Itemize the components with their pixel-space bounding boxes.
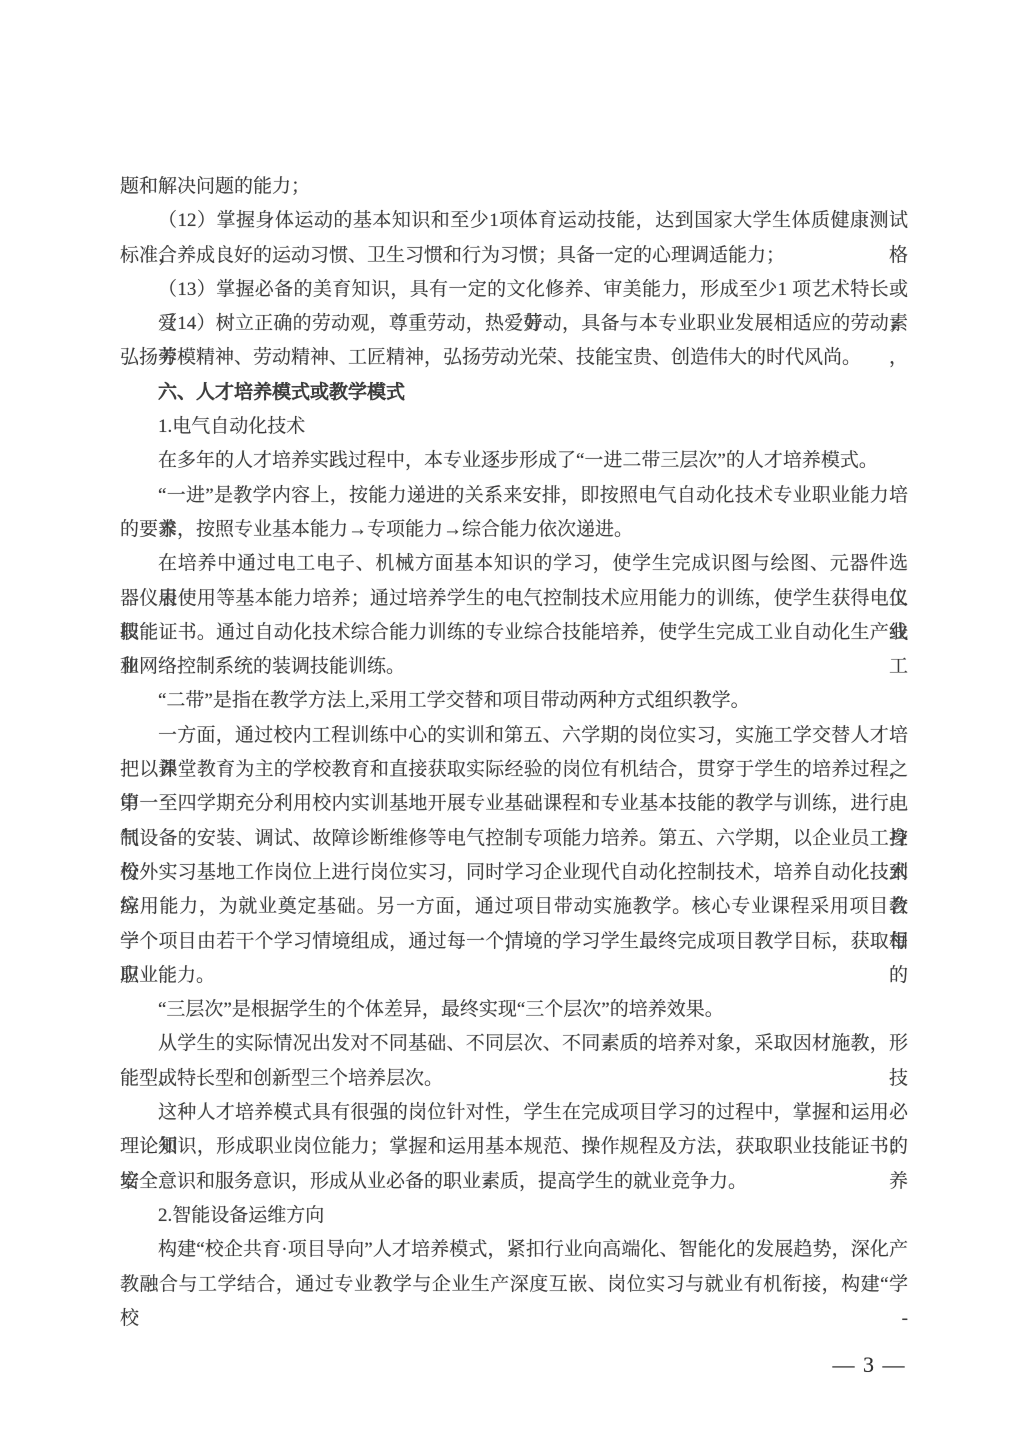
text-line: 制设备的安装、调试、故障诊断维修等电气控制专项能力培养。第五、六学期，以企业员工… [120,822,908,856]
text-line: “三层次”是根据学生的个体差异，最终实现“三个层次”的培养效果。 [120,993,908,1027]
text-line: （14）树立正确的劳动观，尊重劳动，热爱劳动，具备与本专业职业发展相适应的劳动素… [120,307,908,341]
text-line: 这种人才培养模式具有很强的岗位针对性，学生在完成项目学习的过程中，掌握和运用必须… [120,1096,908,1130]
text-line: 把以课堂教育为主的学校教育和直接获取实际经验的岗位有机结合，贯穿于学生的培养过程… [120,753,908,787]
text-line: 弘扬劳模精神、劳动精神、工匠精神，弘扬劳动光荣、技能宝贵、创造伟大的时代风尚。 [120,341,908,375]
text-line: “一进”是教学内容上，按能力递进的关系来安排，即按照电气自动化技术专业职业能力培… [120,479,908,513]
text-line: 2.智能设备运维方向 [120,1199,908,1233]
text-line: 从学生的实际情况出发对不同基础、不同层次、不同素质的培养对象，采取因材施教，形成… [120,1027,908,1061]
text-line: “二带”是指在教学方法上,采用工学交替和项目带动两种方式组织教学。 [120,684,908,718]
text-line: 构建“校企共育·项目导向”人才培养模式，紧扣行业向高端化、智能化的发展趋势，深化… [120,1233,908,1267]
document-page: 题和解决问题的能力；（12）掌握身体运动的基本知识和至少1项体育运动技能，达到国… [0,0,1024,1448]
text-line: 在培养中通过电工电子、机械方面基本知识的学习，使学生完成识图与绘图、元器件选用、… [120,547,908,581]
text-line: 在多年的人才培养实践过程中，本专业逐步形成了“一进二带三层次”的人才培养模式。 [120,444,908,478]
text-line: 器仪表使用等基本能力培养；通过培养学生的电气控制技术应用能力的训练，使学生获得电… [120,582,908,616]
text-line: （12）掌握身体运动的基本知识和至少1项体育运动技能，达到国家大学生体质健康测试… [120,204,908,238]
text-line: 校外实习基地工作岗位上进行岗位实习，同时学习企业现代自动化控制技术，培养自动化技… [120,856,908,890]
text-line: 应用能力，为就业奠定基础。另一方面，通过项目带动实施教学。核心专业课程采用项目教… [120,890,908,924]
text-line: 的要求，按照专业基本能力→专项能力→综合能力依次递进。 [120,513,908,547]
text-line: 一个项目由若干个学习情境组成，通过每一个情境的学习学生最终完成项目教学目标，获取… [120,925,908,959]
text-line: 1.电气自动化技术 [120,410,908,444]
document-body: 题和解决问题的能力；（12）掌握身体运动的基本知识和至少1项体育运动技能，达到国… [120,170,908,1302]
text-line: 技能证书。通过自动化技术综合能力训练的专业综合技能培养，使学生完成工业自动化生产… [120,616,908,650]
text-line: 一方面，通过校内工程训练中心的实训和第五、六学期的岗位实习，实施工学交替人才培养… [120,719,908,753]
text-line: （13）掌握必备的美育知识，具有一定的文化修养、审美能力，形成至少1 项艺术特长… [120,273,908,307]
text-line: 题和解决问题的能力； [120,170,908,204]
page-number: — 3 — [833,1352,907,1378]
text-line: 理论知识，形成职业岗位能力；掌握和运用基本规范、操作规程及方法，获取职业技能证书… [120,1130,908,1164]
text-line: 第一至四学期充分利用校内实训基地开展专业基础课程和专业基本技能的教学与训练，进行… [120,787,908,821]
text-line: 教融合与工学结合，通过专业教学与企业生产深度互嵌、岗位实习与就业有机衔接，构建“… [120,1268,908,1302]
text-line: 六、人才培养模式或教学模式 [120,376,908,410]
